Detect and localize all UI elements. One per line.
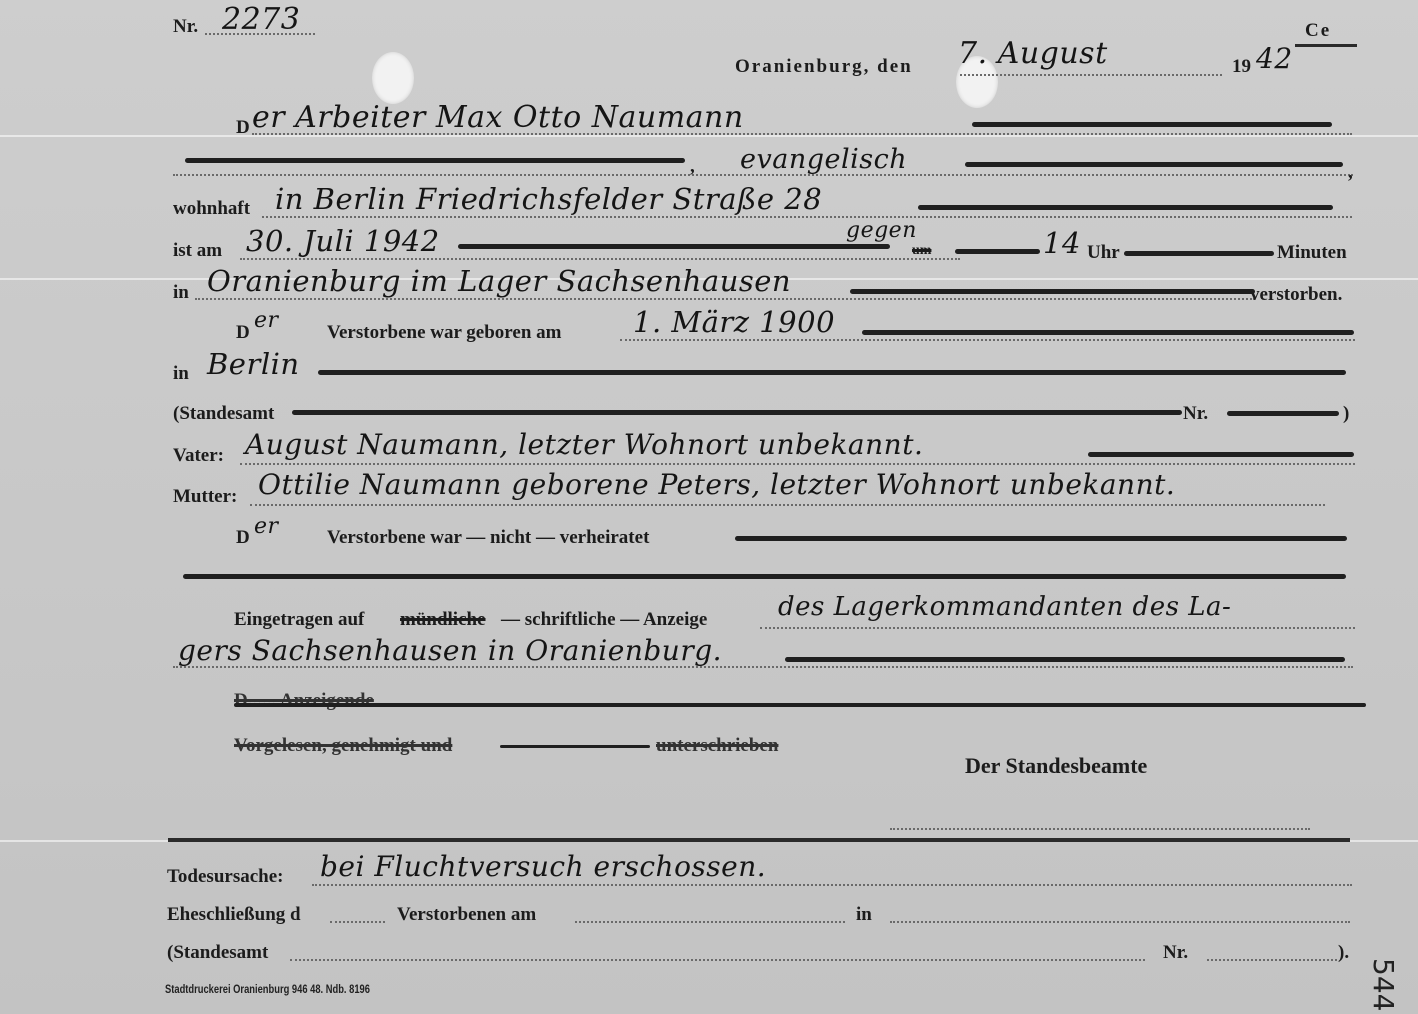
marriage-registry-label: (Standesamt xyxy=(167,942,268,964)
um-label: um xyxy=(912,243,931,259)
registry-nr-label: Nr. xyxy=(1183,403,1208,425)
registration-informant-2: gers Sachsenhausen in Oranienburg. xyxy=(178,634,722,667)
dotted-line xyxy=(252,133,1352,135)
comma: , xyxy=(1348,162,1353,184)
strike-bar xyxy=(318,370,1346,375)
registration-informant-1: des Lagerkommandanten des La- xyxy=(778,592,1231,622)
minutes-label: Minuten xyxy=(1277,242,1347,264)
register-number: 2273 xyxy=(222,2,300,37)
dotted-line xyxy=(960,74,1222,76)
residence-label: wohnhaft xyxy=(173,198,250,220)
dotted-line xyxy=(240,258,960,260)
mother-label: Mutter: xyxy=(173,486,237,508)
marriage-label-2: Verstorbenen am xyxy=(397,904,536,926)
approx-time: gegen xyxy=(846,218,917,243)
death-hour: 14 xyxy=(1043,226,1081,260)
uhr-label: Uhr xyxy=(1087,242,1120,264)
category-code: Ce xyxy=(1305,20,1331,42)
marriage-in-label: in xyxy=(856,904,872,926)
father: August Naumann, letzter Wohnort unbekann… xyxy=(245,428,923,461)
death-place-label: in xyxy=(173,282,189,304)
dotted-line xyxy=(290,959,1145,961)
section-divider xyxy=(168,838,1350,842)
strike-bar xyxy=(458,244,890,249)
dotted-line xyxy=(195,298,1255,300)
residence: in Berlin Friedrichsfelder Straße 28 xyxy=(275,182,822,216)
document-page: Nr. 2273 Ce Oranienburg, den 7. August 1… xyxy=(0,0,1418,1014)
signature-line xyxy=(890,828,1310,830)
dotted-line xyxy=(173,666,1353,668)
death-date-label: ist am xyxy=(173,240,222,262)
dotted-line xyxy=(620,339,1355,341)
strike-bar xyxy=(1227,411,1339,416)
verstorben-label: verstorben. xyxy=(1250,284,1342,306)
year-prefix: 19 xyxy=(1232,56,1251,78)
strike-bar xyxy=(850,289,1255,294)
informant-struck: D...... Anzeigende xyxy=(234,690,374,712)
cause-of-death-label: Todesursache: xyxy=(167,866,283,888)
dotted-line xyxy=(330,921,385,923)
year-suffix: 42 xyxy=(1256,42,1293,75)
strike-bar xyxy=(185,158,685,163)
date-handwritten: 7. August xyxy=(958,36,1108,71)
dotted-line xyxy=(250,504,1325,506)
comma: , xyxy=(690,156,695,178)
read-approved-struck: Vorgelesen, genehmigt und xyxy=(234,735,452,757)
dotted-line xyxy=(575,921,845,923)
birth-label: Verstorbene war geboren am xyxy=(327,322,561,344)
marriage-registry-close: ). xyxy=(1338,942,1349,964)
dotted-line xyxy=(890,921,1350,923)
strike-bar xyxy=(785,657,1345,662)
registrar-label: Der Standesbeamte xyxy=(965,753,1147,779)
death-date: 30. Juli 1942 xyxy=(246,224,440,258)
registration-struck: mündliche xyxy=(400,609,486,631)
printer-imprint: Stadtdruckerei Oranienburg 946 48. Ndb. … xyxy=(165,982,370,996)
birth-prefix: D xyxy=(236,322,250,344)
registry-close: ) xyxy=(1343,403,1349,425)
dotted-line xyxy=(262,216,1352,218)
registration-label-rest: — schriftliche — Anzeige xyxy=(501,609,707,631)
marital-label: Verstorbene war — nicht — verheiratet xyxy=(327,527,649,549)
father-label: Vater: xyxy=(173,445,224,467)
scan-line xyxy=(0,135,1418,137)
strike-bar xyxy=(234,703,1366,707)
strike-bar xyxy=(735,536,1347,541)
dotted-line xyxy=(1207,959,1337,961)
margin-page-number: 544 xyxy=(1367,958,1400,1011)
signed-struck: unterschrieben xyxy=(656,735,778,757)
marital-gender: er xyxy=(254,514,279,539)
dotted-line xyxy=(760,627,1355,629)
strike-bar xyxy=(965,162,1343,167)
mother: Ottilie Naumann geborene Peters, letzter… xyxy=(258,468,1175,501)
punch-hole xyxy=(372,52,414,104)
birthplace-label: in xyxy=(173,363,189,385)
strike-bar xyxy=(972,122,1332,127)
register-number-label: Nr. xyxy=(173,16,198,38)
strike-bar xyxy=(183,574,1346,579)
cause-of-death: bei Fluchtversuch erschossen. xyxy=(320,850,766,883)
birthplace: Berlin xyxy=(207,347,300,381)
strike-bar xyxy=(1088,452,1354,457)
marriage-registry-nr-label: Nr. xyxy=(1163,942,1188,964)
death-place: Oranienburg im Lager Sachsenhausen xyxy=(207,264,791,298)
birth-date: 1. März 1900 xyxy=(633,305,835,339)
strike-bar xyxy=(918,205,1333,210)
deceased-name: er Arbeiter Max Otto Naumann xyxy=(252,100,744,135)
line1-prefix: D xyxy=(236,117,250,139)
registration-label: Eingetragen auf xyxy=(234,609,364,631)
religion: evangelisch xyxy=(740,144,907,175)
strike-bar xyxy=(500,745,650,748)
place-date-label: Oranienburg, den xyxy=(735,56,913,78)
code-underline xyxy=(1295,44,1357,47)
registry-office-label: (Standesamt xyxy=(173,403,274,425)
strike-bar xyxy=(862,330,1354,335)
birth-gender: er xyxy=(254,308,279,333)
marital-prefix: D xyxy=(236,527,250,549)
dotted-line xyxy=(240,463,1355,465)
marriage-label: Eheschließung d xyxy=(167,904,301,926)
strike-bar xyxy=(292,410,1182,415)
strike-bar xyxy=(955,249,1040,254)
dotted-line xyxy=(312,884,1352,886)
strike-bar xyxy=(1124,251,1274,256)
